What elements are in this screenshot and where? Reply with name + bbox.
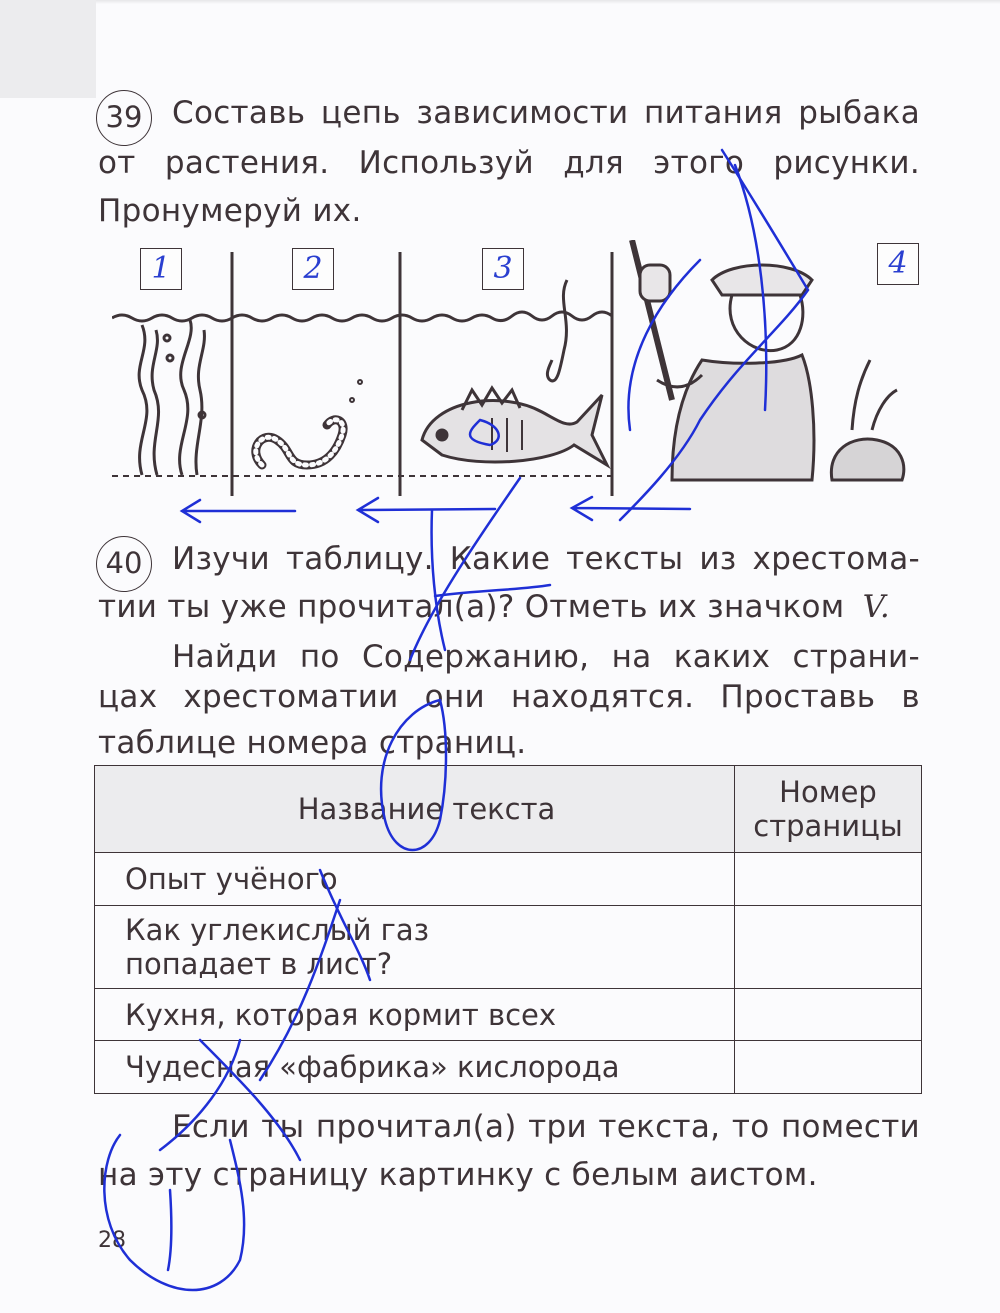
table-row: Кухня, которая кормит всех: [95, 989, 922, 1041]
header-page-line-2: страницы: [735, 809, 921, 843]
reading-table: Название текста Номер страницы Опыт учён…: [94, 765, 922, 1094]
row-page-cell[interactable]: [735, 1041, 922, 1094]
fisherman-drawing: [632, 240, 904, 480]
worm-drawing: [256, 380, 362, 465]
task-39-line-3: Пронумеруй их.: [98, 186, 920, 236]
task-40-line-2: тии ты уже прочитал(а)? Отметь их значко…: [98, 582, 868, 632]
task-40-line-5: таблице номера страниц.: [98, 718, 920, 768]
arrow-left-icon: [358, 498, 495, 522]
header-page-line-1: Номер: [735, 775, 921, 809]
panel-3-number-box[interactable]: 3: [482, 248, 524, 290]
table-row: Как углекислый газ попадает в лист?: [95, 906, 922, 989]
task-40-line-4: цах хрестоматии они находятся. Проставь …: [98, 672, 920, 722]
fish-drawing: [422, 280, 607, 465]
arrow-left-icon: [182, 500, 295, 522]
arrow-left-icon: [572, 497, 690, 520]
table-row: Опыт учёного: [95, 853, 922, 906]
header-page-number: Номер страницы: [735, 766, 922, 853]
row-title: Как углекислый газ попадает в лист?: [95, 906, 735, 989]
scanner-top-edge: [96, 0, 1000, 4]
header-text-title: Название текста: [95, 766, 735, 853]
table-row: Чудесная «фабрика» кислорода: [95, 1041, 922, 1094]
panel-4-number-box[interactable]: 4: [877, 243, 919, 285]
footer-line-2: на эту страницу картинку с белым аистом.: [98, 1150, 920, 1200]
row-title-line-1: Как углекислый газ: [125, 913, 734, 947]
food-chain-picture: 1 2 3 4: [112, 240, 922, 500]
task-39-line-1: Составь цепь зависимости питания рыбака: [172, 88, 920, 138]
page-number: 28: [98, 1228, 126, 1253]
row-title: Опыт учёного: [95, 853, 735, 906]
table-header-row: Название текста Номер страницы: [95, 766, 922, 853]
task-40-line-2-text: тии ты уже прочитал(а)? Отметь их значко…: [98, 589, 844, 625]
row-page-cell[interactable]: [735, 906, 922, 989]
task-40-line-1: Изучи таблицу. Какие тексты из хрестома-: [172, 534, 920, 584]
task-39-line-2: от растения. Используй для этого рисунки…: [98, 138, 920, 188]
panel-1-number-box[interactable]: 1: [140, 248, 182, 290]
check-mark-icon: V.: [863, 589, 890, 625]
row-page-cell[interactable]: [735, 853, 922, 906]
seaweed-drawing: [139, 320, 205, 475]
panel-2-number-box[interactable]: 2: [292, 248, 334, 290]
row-title: Кухня, которая кормит всех: [95, 989, 735, 1041]
row-title-line-2: попадает в лист?: [125, 947, 734, 981]
scanner-margin-strip: [0, 0, 96, 98]
footer-line-1: Если ты прочитал(а) три текста, то помес…: [172, 1102, 920, 1152]
row-title: Чудесная «фабрика» кислорода: [95, 1041, 735, 1094]
row-page-cell[interactable]: [735, 989, 922, 1041]
